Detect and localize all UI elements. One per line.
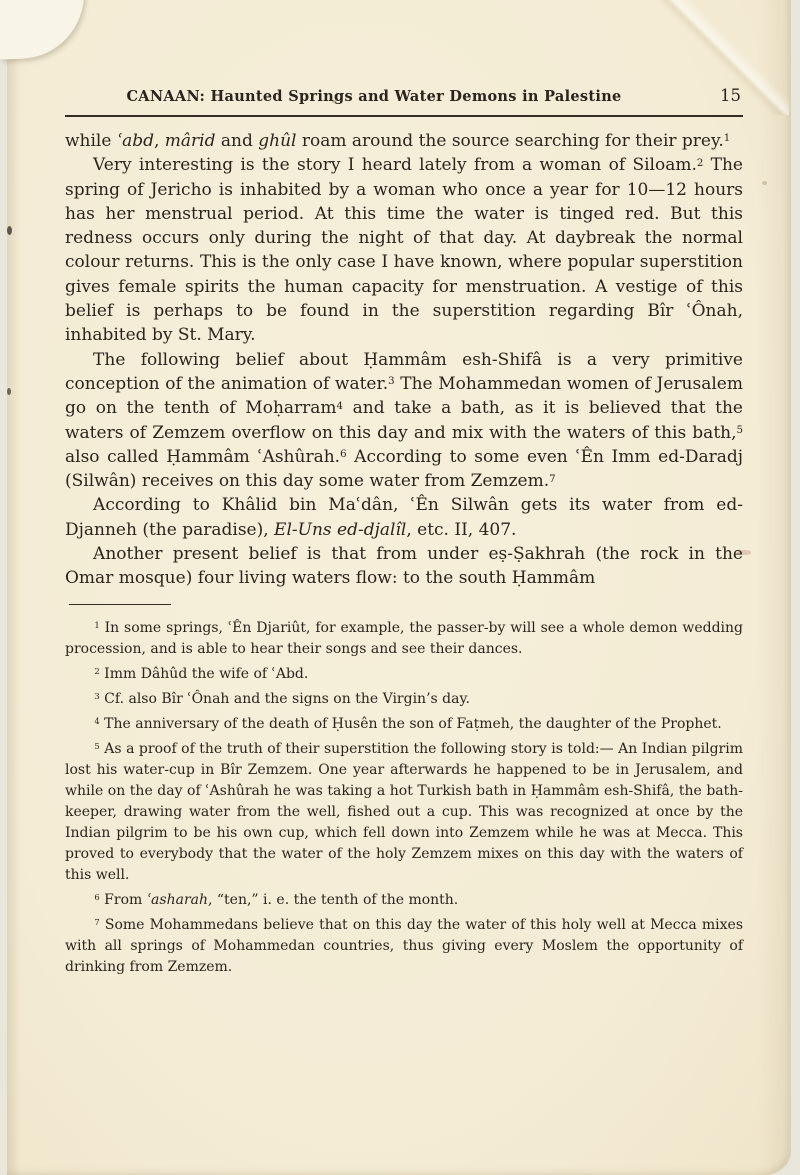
page-fold-topleft xyxy=(0,0,86,59)
scan-speck xyxy=(7,388,11,395)
footnote: 6 From ʿasharah, “ten,” i. e. the tenth … xyxy=(65,890,743,911)
footnote: 2 Imm Dâhûd the wife of ʿAbd. xyxy=(65,664,743,685)
footnotes: 1 In some springs, ʿÊn Djariût, for exam… xyxy=(65,618,743,978)
scan-speck xyxy=(7,226,12,235)
page-number: 15 xyxy=(720,86,741,105)
scan-speck xyxy=(762,181,767,185)
header-title: CANAAN: Haunted Springs and Water Demons… xyxy=(35,88,713,105)
scan-background: { "colors": { "paper": "#f6efda", "ink":… xyxy=(0,0,800,1175)
body-paragraph: The following belief about Ḥammâm esh-Sh… xyxy=(65,348,743,494)
body-paragraph: Very interesting is the story I heard la… xyxy=(65,153,743,347)
body-paragraph: Another present belief is that from unde… xyxy=(65,542,743,591)
body-paragraph: while ʿabd, mârid and ghûl roam around t… xyxy=(65,129,743,153)
footnote: 4 The anniversary of the death of Ḥusên … xyxy=(65,714,743,735)
footnote: 7 Some Mohammedans believe that on this … xyxy=(65,915,743,978)
body-paragraph: According to Khâlid bin Maʿdân, ʿÊn Silw… xyxy=(65,493,743,542)
body-text: while ʿabd, mârid and ghûl roam around t… xyxy=(65,129,743,591)
footnote: 1 In some springs, ʿÊn Djariût, for exam… xyxy=(65,618,743,660)
footnote: 5 As a proof of the truth of their super… xyxy=(65,739,743,886)
header-rule xyxy=(65,115,743,117)
footnote-rule xyxy=(69,604,171,606)
book-page: CANAAN: Haunted Springs and Water Demons… xyxy=(7,0,791,1175)
running-header: CANAAN: Haunted Springs and Water Demons… xyxy=(65,88,743,108)
page-content: CANAAN: Haunted Springs and Water Demons… xyxy=(65,88,743,982)
footnote: 3 Cf. also Bîr ʿÔnah and the signs on th… xyxy=(65,689,743,710)
